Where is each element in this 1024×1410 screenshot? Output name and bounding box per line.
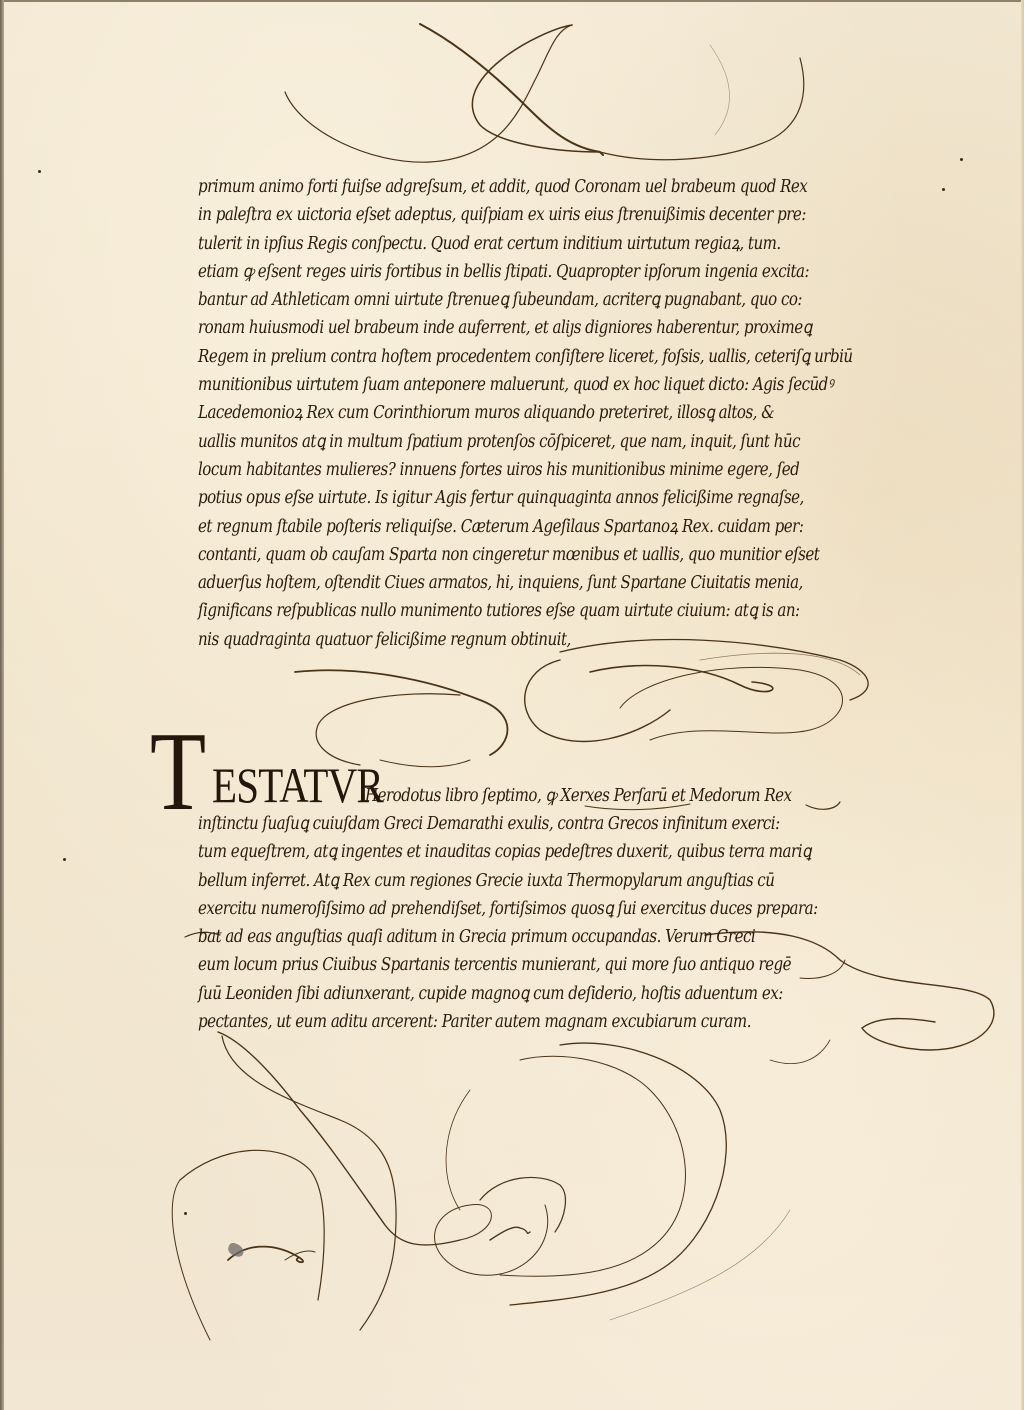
text-line: tum equeſtrem, atꝗ ingentes et inauditas… <box>198 838 818 866</box>
decorated-initial: T <box>150 722 206 822</box>
text-line: pectantes, ut eum aditu arcerent: Parite… <box>198 1008 818 1036</box>
text-line: etiam ꝙ eſsent reges uiris fortibus in b… <box>198 258 853 286</box>
text-line: munitionibus uirtutem ſuam anteponere ma… <box>198 371 853 399</box>
bottom-flourish-icon <box>172 1032 830 1340</box>
text-line: et regnum ſtabile poſteris reliquiſse. C… <box>198 513 853 541</box>
text-line: ſignificans reſpublicas nullo munimento … <box>198 597 853 625</box>
text-line: primum animo forti fuiſse adgreſsum, et … <box>198 173 853 201</box>
ink-speck <box>38 170 41 173</box>
text-line: uallis munitos atꝗ in multum ſpatium pro… <box>198 428 853 456</box>
text-line: bantur ad Athleticam omni uirtute ſtrenu… <box>198 286 853 314</box>
ink-speck <box>942 188 945 191</box>
top-flourish-icon <box>285 24 804 162</box>
text-line: Herodotus libro ſeptimo, ꝙ Xerxes Perſar… <box>365 782 791 810</box>
text-line: eum locum prius Ciuibus Spartanis tercen… <box>198 951 818 979</box>
paragraph-2: inſtinctu ſuaſuꝗ cuiuſdam Greci Demarath… <box>198 810 818 1036</box>
text-line: Regem in prelium contra hoſtem procedent… <box>198 343 853 371</box>
text-line: nis quadraginta quatuor felicißime regnu… <box>198 626 853 654</box>
text-line: bat ad eas anguſtias quaſi aditum in Gre… <box>198 923 818 951</box>
text-line: bellum inferret. Atꝗ Rex cum regiones Gr… <box>198 867 818 895</box>
ink-speck <box>63 858 66 861</box>
text-line: locum habitantes mulieres? innuens forte… <box>198 456 853 484</box>
text-line: Lacedemonioꝝ Rex cum Corinthiorum muros … <box>198 399 853 427</box>
text-line: in paleſtra ex uictoria eſset adeptus, q… <box>198 201 853 229</box>
section-heading: ESTATVR <box>212 760 383 810</box>
ink-speck <box>184 1212 187 1215</box>
text-line: exercitu numeroſiſsimo ad prehendiſset, … <box>198 895 818 923</box>
paragraph-1: primum animo forti fuiſse adgreſsum, et … <box>198 173 853 654</box>
text-line: tulerit in ipſius Regis conſpectu. Quod … <box>198 230 853 258</box>
text-line: ſuū Leoniden ſibi adiunxerant, cupide ma… <box>198 980 818 1008</box>
text-line: inſtinctu ſuaſuꝗ cuiuſdam Greci Demarath… <box>198 810 818 838</box>
ink-speck <box>960 158 963 161</box>
text-line: ronam huiusmodi uel brabeum inde auferre… <box>198 314 853 342</box>
text-line: potius opus eſse uirtute. Is igitur Agis… <box>198 484 853 512</box>
text-line: contanti, quam ob cauſam Sparta non cing… <box>198 541 853 569</box>
middle-flourish-icon <box>295 640 868 767</box>
manuscript-page: primum animo forti fuiſse adgreſsum, et … <box>0 0 1024 1410</box>
text-line: aduerſus hoſtem, oſtendit Ciues armatos,… <box>198 569 853 597</box>
